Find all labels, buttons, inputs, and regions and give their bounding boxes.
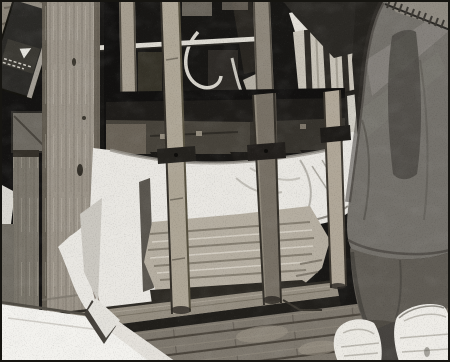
film-grain-overlay xyxy=(0,0,450,362)
photograph: Grainy black-and-white photograph of an … xyxy=(0,0,450,362)
photo-canvas: Grainy black-and-white photograph of an … xyxy=(0,0,450,362)
